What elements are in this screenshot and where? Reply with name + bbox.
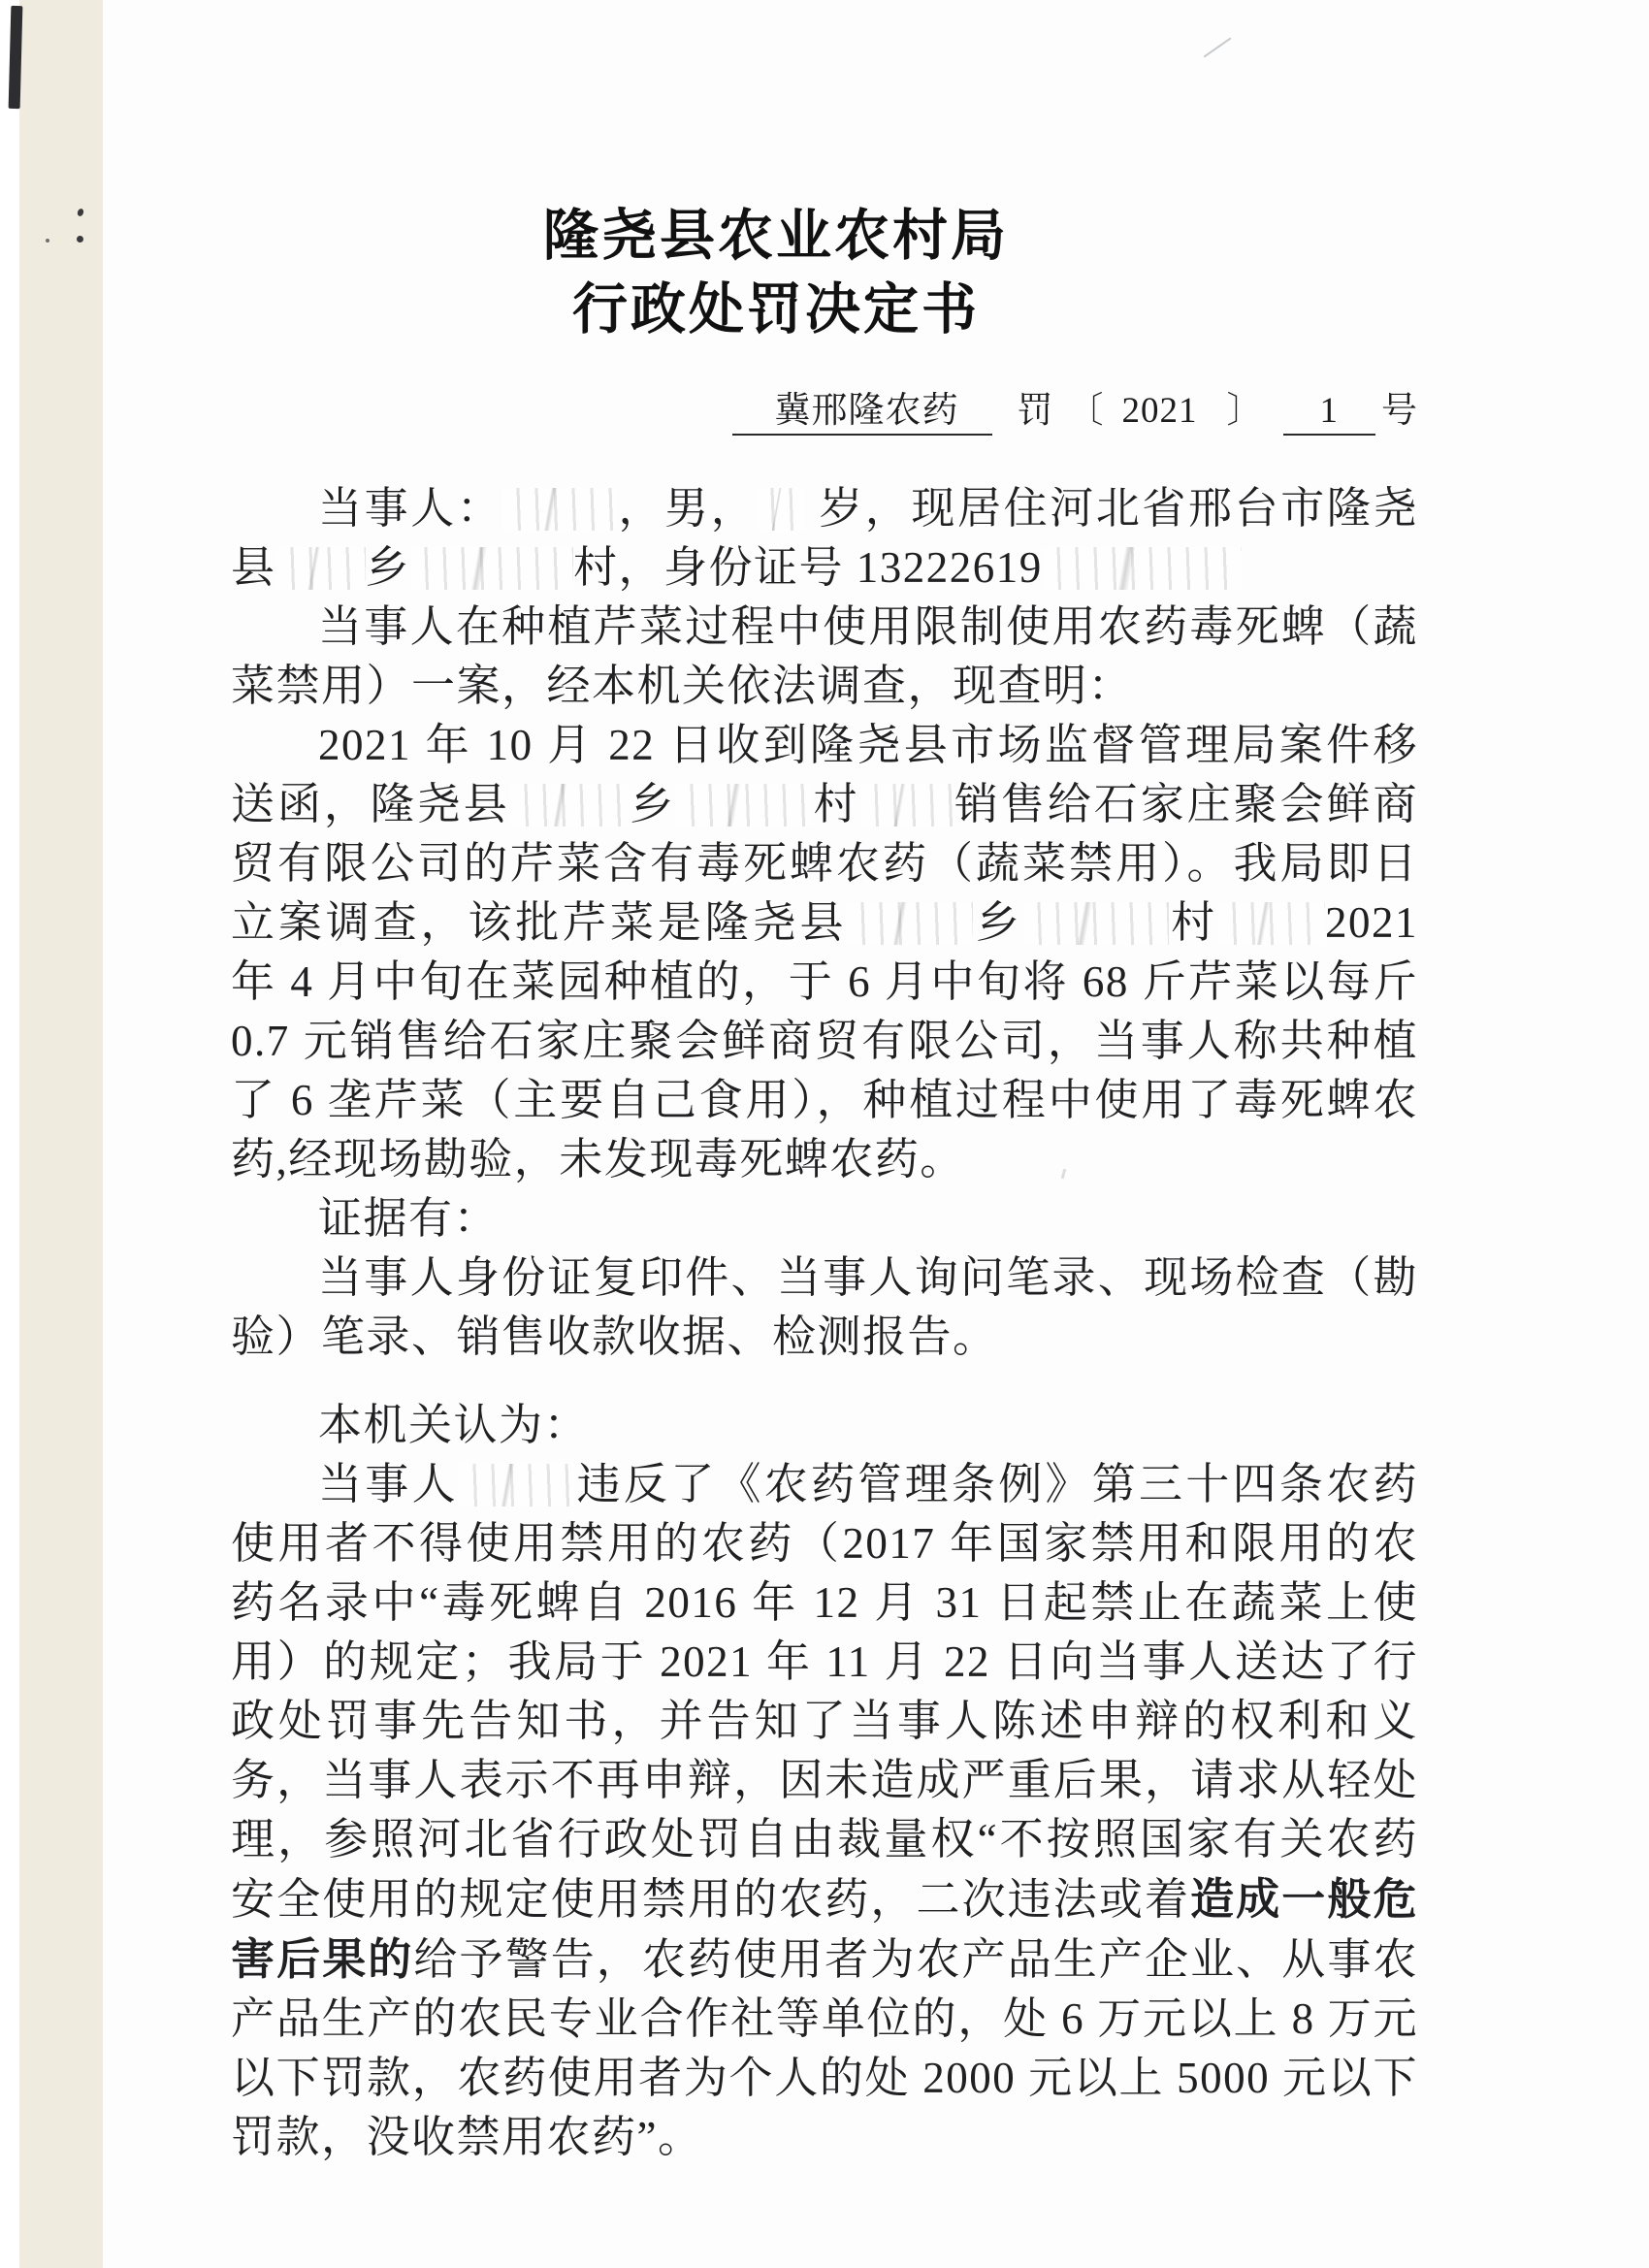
text-run: 当事人 <box>318 1460 459 1508</box>
text-run: 证据有： <box>318 1194 499 1243</box>
case-summary-paragraph: 当事人在种植芹菜过程中使用限制使用农药毒死蜱（蔬菜禁用）一案，经本机关依法调查，… <box>231 598 1418 716</box>
doc-number-close-bracket: 〕 <box>1227 391 1264 431</box>
issuing-agency-title: 隆尧县农业农村局 <box>136 199 1416 273</box>
opinion-heading-paragraph: 本机关认为： <box>231 1396 1418 1455</box>
facts-paragraph: 2021 年 10 月 22 日收到隆尧县市场监督管理局案件移送函，隆尧县乡村销… <box>231 716 1418 1189</box>
redaction-box <box>459 1464 575 1507</box>
text-run: 违反了《农药管理条例》第三十四条农药使用者不得使用禁用的农药（2017 年国家禁… <box>231 1460 1418 1924</box>
doc-number-open-bracket: 〔 <box>1068 391 1105 431</box>
doc-number-type-label: 罚 <box>1018 391 1054 431</box>
doc-number-year: 2021 <box>1122 391 1198 431</box>
document-title: 隆尧县农业农村局 行政处罚决定书 <box>136 199 1416 346</box>
redaction-box <box>502 488 617 531</box>
text-run: 村 <box>1169 898 1218 947</box>
doc-number-suffix: 号 <box>1381 391 1418 431</box>
scan-scratch-mark <box>1204 37 1232 57</box>
text-run: 村，身份证号 13222619 <box>573 543 1043 592</box>
redaction-box <box>847 902 973 945</box>
text-run: ，男， <box>617 484 757 533</box>
redaction-box <box>757 488 805 531</box>
text-run: 乡 <box>366 543 411 592</box>
text-run: 本机关认为： <box>318 1401 589 1449</box>
redaction-box <box>1218 902 1325 945</box>
document-body: 当事人：，男， 岁，现居住河北省邢台市隆尧县乡村，身份证号 13222619当事… <box>231 479 1418 2167</box>
scan-speck <box>46 239 49 243</box>
redaction-box <box>276 547 366 590</box>
text-run: 当事人： <box>318 484 502 533</box>
redaction-box <box>1043 547 1242 590</box>
text-run: 乡 <box>629 780 676 828</box>
doc-number-serial: 1 <box>1283 389 1376 436</box>
document-number-line: 冀邢隆农药罚〔2021〕1号 <box>231 380 1418 436</box>
document-type-title: 行政处罚决定书 <box>136 273 1416 346</box>
scan-speck <box>77 236 83 243</box>
evidence-heading-paragraph: 证据有： <box>231 1189 1418 1248</box>
scan-left-white-edge <box>0 0 19 2268</box>
party-info-paragraph: 当事人：，男， 岁，现居住河北省邢台市隆尧县乡村，身份证号 13222619 <box>231 479 1418 598</box>
redaction-box <box>860 784 954 826</box>
redaction-box <box>1023 902 1169 945</box>
redaction-box <box>510 784 629 826</box>
text-run: 当事人身份证复印件、当事人询问笔录、现场检查（勘验）笔录、销售收款收据、检测报告… <box>231 1253 1418 1361</box>
evidence-list-paragraph: 当事人身份证复印件、当事人询问笔录、现场检查（勘验）笔录、销售收款收据、检测报告… <box>231 1248 1418 1367</box>
doc-number-agency-code: 冀邢隆农药 <box>732 389 992 436</box>
redaction-box <box>676 784 812 826</box>
text-run: 当事人在种植芹菜过程中使用限制使用农药毒死蜱（蔬菜禁用）一案，经本机关依法调查，… <box>231 602 1418 710</box>
scanned-document-page: 隆尧县农业农村局 行政处罚决定书 冀邢隆农药罚〔2021〕1号 当事人：，男， … <box>0 0 1649 2268</box>
redaction-box <box>410 547 573 590</box>
scan-left-cream-strip <box>19 0 103 2268</box>
text-run: 乡 <box>973 898 1022 947</box>
opinion-paragraph: 当事人违反了《农药管理条例》第三十四条农药使用者不得使用禁用的农药（2017 年… <box>231 1455 1418 2167</box>
text-run: 村 <box>812 780 859 828</box>
